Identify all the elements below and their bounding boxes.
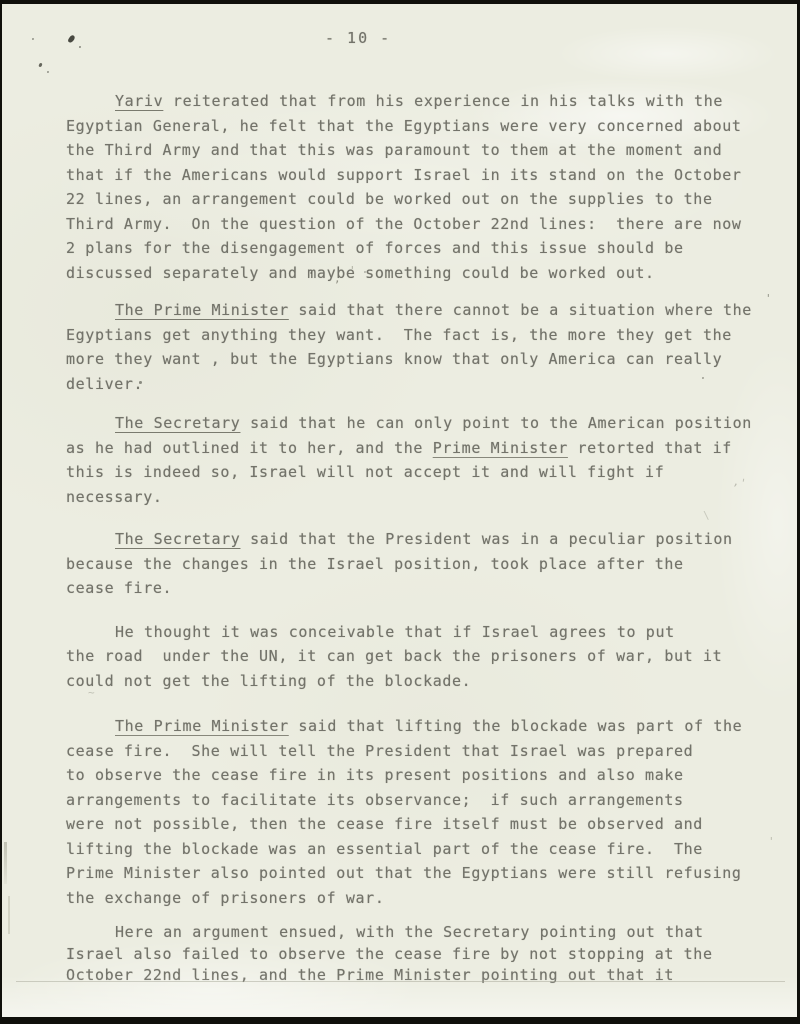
- page-number: - 10 -: [325, 29, 391, 47]
- document-body: Yariv reiterated that from his experienc…: [66, 89, 766, 987]
- text-line: the Third Army and that this was paramou…: [66, 138, 766, 163]
- underlined-text: The Secretary: [115, 414, 240, 432]
- text-line: The Secretary said that the President wa…: [66, 527, 766, 552]
- underlined-text: Yariv: [115, 92, 163, 110]
- text-line: deliver.: [66, 372, 766, 397]
- scan-smudge: [8, 896, 10, 934]
- text-line: Egyptian General, he felt that the Egypt…: [66, 114, 766, 139]
- text-line: The Prime Minister said that lifting the…: [66, 714, 766, 739]
- paragraph: Yariv reiterated that from his experienc…: [66, 89, 766, 285]
- text-line: 2 plans for the disengagement of forces …: [66, 236, 766, 261]
- ink-mark: ': [768, 835, 775, 848]
- text-line: The Secretary said that he can only poin…: [66, 411, 766, 436]
- scanned-page: - 10 - Yariv reiterated that from his ex…: [2, 4, 797, 1017]
- text-line: Prime Minister also pointed out that the…: [66, 861, 766, 886]
- ink-speck: [32, 38, 34, 40]
- underlined-text: The Prime Minister: [115, 301, 289, 319]
- text-line: discussed separately and maybe something…: [66, 261, 766, 286]
- ink-speck: [47, 71, 49, 73]
- text-line: cease fire. She will tell the President …: [66, 739, 766, 764]
- text-line: The Prime Minister said that there canno…: [66, 298, 766, 323]
- ink-speck: [38, 63, 42, 68]
- paragraph: He thought it was conceivable that if Is…: [66, 620, 766, 694]
- text-line: Egyptians get anything they want. The fa…: [66, 323, 766, 348]
- text-line: arrangements to facilitate its observanc…: [66, 788, 766, 813]
- ink-speck: [67, 34, 76, 43]
- text-line: the exchange of prisoners of war.: [66, 886, 766, 911]
- text-line: this is indeed so, Israel will not accep…: [66, 460, 766, 485]
- text-line: cease fire.: [66, 576, 766, 601]
- underlined-text-faint: Prime Minister: [433, 439, 568, 457]
- text-line: as he had outlined it to her, and the Pr…: [66, 436, 766, 461]
- underlined-text-faint: The Prime Minister: [115, 717, 289, 735]
- text-line: more they want , but the Egyptians know …: [66, 347, 766, 372]
- text-line: Yariv reiterated that from his experienc…: [66, 89, 766, 114]
- text-line: Here an argument ensued, with the Secret…: [66, 922, 766, 944]
- text-line: Third Army. On the question of the Octob…: [66, 212, 766, 237]
- paragraph: The Prime Minister said that there canno…: [66, 298, 766, 396]
- text-line: Israel also failed to observe the cease …: [66, 944, 766, 966]
- text-line: October 22nd lines, and the Prime Minist…: [66, 965, 766, 987]
- text-line: to observe the cease fire in its present…: [66, 763, 766, 788]
- text-line: were not possible, then the cease fire i…: [66, 812, 766, 837]
- scan-smudge: [4, 842, 7, 884]
- paragraph: The Secretary said that he can only poin…: [66, 411, 766, 509]
- underlined-text: The Secretary: [115, 530, 240, 548]
- text-line: that if the Americans would support Isra…: [66, 163, 766, 188]
- ink-speck: [79, 46, 81, 48]
- paragraph: The Secretary said that the President wa…: [66, 527, 766, 601]
- text-line: could not get the lifting of the blockad…: [66, 669, 766, 694]
- text-line: the road under the UN, it can get back t…: [66, 644, 766, 669]
- text-line: He thought it was conceivable that if Is…: [66, 620, 766, 645]
- text-line: necessary.: [66, 485, 766, 510]
- paragraph: The Prime Minister said that lifting the…: [66, 714, 766, 910]
- paragraph: Here an argument ensued, with the Secret…: [66, 922, 766, 987]
- text-line: because the changes in the Israel positi…: [66, 552, 766, 577]
- text-line: 22 lines, an arrangement could be worked…: [66, 187, 766, 212]
- text-line: lifting the blockade was an essential pa…: [66, 837, 766, 862]
